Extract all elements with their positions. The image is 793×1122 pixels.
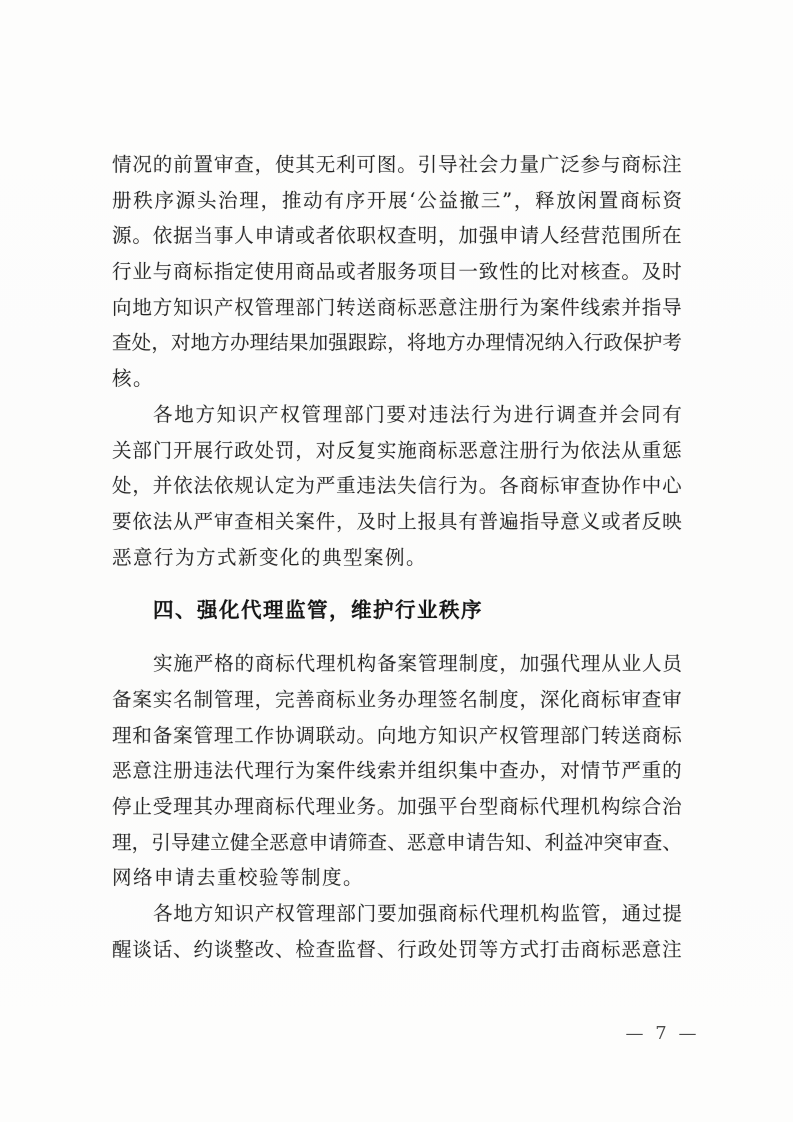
text-line: 向地方知识产权管理部门转送商标恶意注册行为案件线索并指导 — [112, 290, 682, 326]
page-number: — 7 — — [600, 1023, 725, 1044]
text-line: 源。依据当事人申请或者依职权查明，加强申请人经营范围所在 — [112, 218, 682, 254]
text-line: 册秩序源头治理，推动有序开展‘公益撤三”，释放闲置商标资 — [112, 183, 682, 219]
paragraph: 实施严格的商标代理机构备案管理制度，加强代理从业人员 备案实名制管理，完善商标业… — [112, 646, 682, 896]
text-line: 网络申请去重校验等制度。 — [112, 860, 682, 896]
text-line: 行业与商标指定使用商品或者服务项目一致性的比对核查。及时 — [112, 254, 682, 290]
document-page: 情况的前置审查，使其无利可图。引导社会力量广泛参与商标注 册秩序源头治理，推动有… — [0, 0, 793, 1122]
text-line: 处，并依法依规认定为严重违法失信行为。各商标审查协作中心 — [112, 468, 682, 504]
text-line: 各地方知识产权管理部门要对违法行为进行调查并会同有 — [112, 397, 682, 433]
paragraph-continuation: 情况的前置审查，使其无利可图。引导社会力量广泛参与商标注 册秩序源头治理，推动有… — [112, 147, 682, 397]
text-line: 情况的前置审查，使其无利可图。引导社会力量广泛参与商标注 — [112, 147, 682, 183]
text-line: 各地方知识产权管理部门要加强商标代理机构监管，通过提 — [112, 896, 682, 932]
text-line: 恶意行为方式新变化的典型案例。 — [112, 540, 682, 576]
paragraph: 各地方知识产权管理部门要对违法行为进行调查并会同有 关部门开展行政处罚，对反复实… — [112, 397, 682, 575]
text-line: 核。 — [112, 361, 682, 397]
text-line: 关部门开展行政处罚，对反复实施商标恶意注册行为依法从重惩 — [112, 433, 682, 469]
text-line: 停止受理其办理商标代理业务。加强平台型商标代理机构综合治 — [112, 789, 682, 825]
text-line: 理和备案管理工作协调联动。向地方知识产权管理部门转送商标 — [112, 718, 682, 754]
text-line: 理，引导建立健全恶意申请筛查、恶意申请告知、利益冲突审查、 — [112, 825, 682, 861]
text-line: 恶意注册违法代理行为案件线索并组织集中查办，对情节严重的 — [112, 753, 682, 789]
text-line: 备案实名制管理，完善商标业务办理签名制度，深化商标审查审 — [112, 682, 682, 718]
section-heading: 四、强化代理监管，维护行业秩序 — [112, 592, 682, 629]
text-line: 查处，对地方办理结果加强跟踪，将地方办理情况纳入行政保护考 — [112, 325, 682, 361]
text-line: 醒谈话、约谈整改、检查监督、行政处罚等方式打击商标恶意注 — [112, 932, 682, 968]
text-line: 实施严格的商标代理机构备案管理制度，加强代理从业人员 — [112, 646, 682, 682]
paragraph: 各地方知识产权管理部门要加强商标代理机构监管，通过提 醒谈话、约谈整改、检查监督… — [112, 896, 682, 967]
page-body-text: 情况的前置审查，使其无利可图。引导社会力量广泛参与商标注 册秩序源头治理，推动有… — [112, 147, 682, 967]
text-line: 要依法从严审查相关案件，及时上报具有普遍指导意义或者反映 — [112, 504, 682, 540]
